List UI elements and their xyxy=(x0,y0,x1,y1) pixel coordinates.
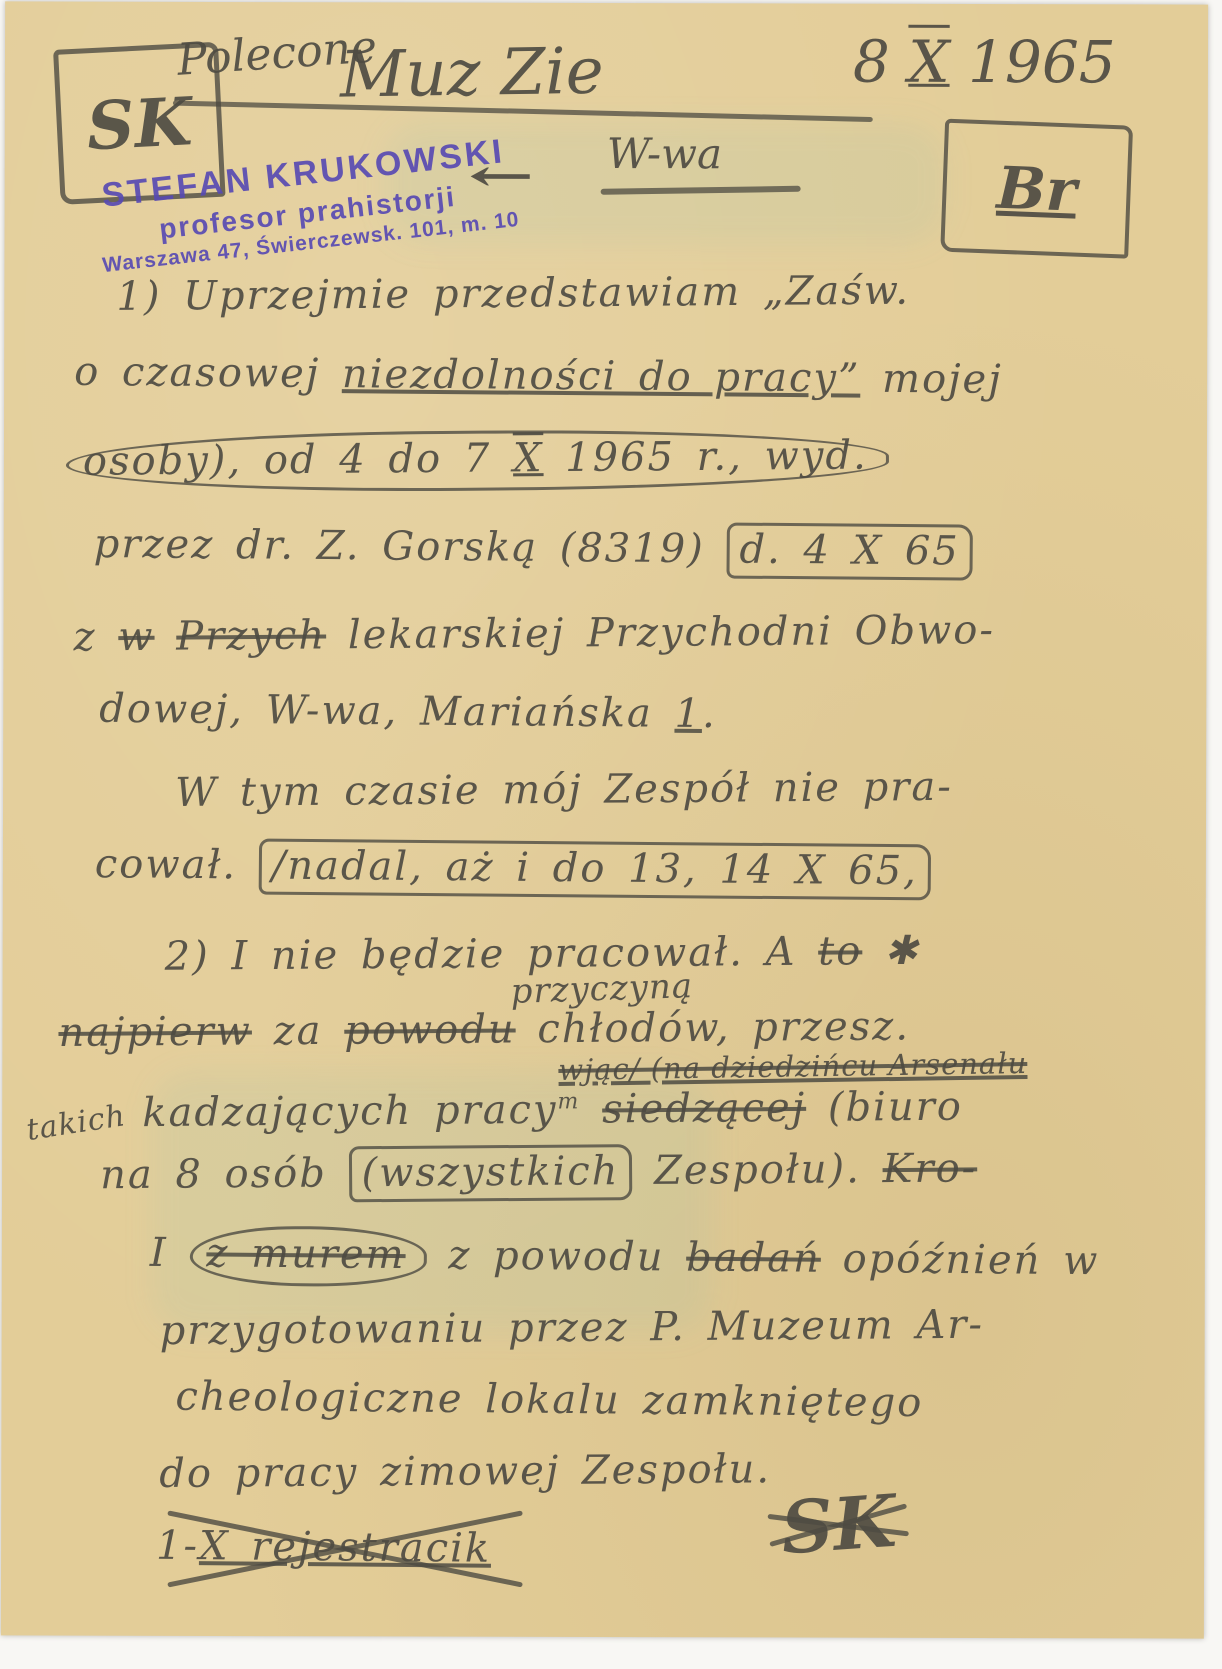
date-day: 8 xyxy=(853,28,909,96)
interline-insertion: wjąc/ (na dziedzińcu Arsenału xyxy=(558,1046,1027,1087)
city-abbreviation: W-wa xyxy=(607,129,722,178)
date-month-roman: X xyxy=(908,28,949,96)
handwritten-line: 1-X rejestracik xyxy=(156,1523,491,1572)
handwritten-line: na 8 osób (wszystkich Zespołu). Kro- xyxy=(100,1145,977,1198)
line-text: powodu xyxy=(344,1006,516,1053)
line-text: (wszystkich xyxy=(348,1144,632,1202)
date-year: 1965 xyxy=(950,28,1116,96)
line-text: chłodów, przesz. xyxy=(515,1003,910,1052)
handwritten-line: przygotowaniu przez P. Muzeum Ar- xyxy=(160,1302,985,1354)
margin-note: takich xyxy=(24,1098,128,1148)
line-text: o czasowej xyxy=(74,349,342,397)
initials-sk-text: SK xyxy=(85,82,194,165)
line-text: X rejestracik xyxy=(199,1523,491,1572)
line-text: Kro- xyxy=(882,1145,977,1192)
line-text: z murem xyxy=(189,1225,427,1287)
line-text: m xyxy=(557,1089,580,1114)
line-text: 2) I nie będzie pracował. A xyxy=(164,929,818,980)
handwritten-line: dowej, W-wa, Mariańska 1. xyxy=(99,686,717,737)
line-text: do pracy zimowej Zespołu. xyxy=(159,1446,771,1497)
line-text: lekarskiej Przychodni Obwo- xyxy=(326,607,995,658)
initials-box-br: Br xyxy=(940,119,1133,259)
line-text: niezdolności do pracy” xyxy=(342,351,861,402)
date-handwritten: 8 X 1965 xyxy=(853,28,1116,97)
scanned-letter: SK Polecone Muz Zie 8 X 1965 Br ← W-wa S… xyxy=(0,0,1222,1669)
handwritten-line: osoby), od 4 do 7 X 1965 r., wyd. xyxy=(66,427,889,493)
line-text: za xyxy=(252,1008,345,1055)
line-text: w xyxy=(118,614,155,660)
line-text xyxy=(580,1086,602,1132)
line-text: cował. xyxy=(95,841,259,888)
addressee-abbreviation: Muz Zie xyxy=(339,35,604,113)
line-text: na 8 osób xyxy=(100,1150,349,1198)
line-text: Przych xyxy=(176,612,326,659)
signature-monogram: SK xyxy=(778,1478,898,1571)
line-text: badań xyxy=(686,1235,821,1282)
line-text: mojej xyxy=(860,356,1003,403)
line-text: (biuro xyxy=(806,1084,963,1131)
line-text xyxy=(154,614,176,660)
line-text: to xyxy=(818,928,863,974)
handwritten-line: przez dr. Z. Gorską (8319) d. 4 X 65 xyxy=(94,521,973,575)
line-text: kadzających pracy xyxy=(142,1087,558,1136)
line-text: . xyxy=(702,691,717,737)
handwritten-line: kadzających pracym siedzącej (biuro xyxy=(142,1084,963,1136)
handwritten-line: I z murem z powodu badań opóźnień w xyxy=(150,1225,1100,1293)
line-text: 1965 r., wyd. xyxy=(543,433,868,482)
line-text: Zespołu). xyxy=(632,1146,883,1194)
line-text: 1) Uprzejmie przedstawiam „Zaśw. xyxy=(116,268,910,320)
line-text: najpierw xyxy=(58,1009,252,1057)
handwritten-line: cheologiczne lokalu zamkniętego xyxy=(175,1374,923,1427)
line-text: 1- xyxy=(156,1523,199,1569)
line-text: ✱ xyxy=(862,928,920,974)
handwritten-line: z w Przych lekarskiej Przychodni Obwo- xyxy=(73,607,995,660)
line-text: 1 xyxy=(674,691,702,737)
line-text: W tym czasie mój Zespół nie pra- xyxy=(175,764,953,816)
line-text: I xyxy=(150,1230,190,1276)
line-text: z xyxy=(73,614,118,660)
paper-sheet: SK Polecone Muz Zie 8 X 1965 Br ← W-wa S… xyxy=(1,1,1208,1638)
initials-br-text: Br xyxy=(996,153,1078,224)
handwritten-line: W tym czasie mój Zespół nie pra- xyxy=(175,764,953,816)
line-text: X xyxy=(513,435,544,481)
handwritten-line: o czasowej niezdolności do pracy” mojej xyxy=(74,349,1003,403)
handwritten-line: najpierw za powodu chłodów, przesz. xyxy=(58,1003,910,1056)
handwritten-line: cował. /nadal, aż i do 13, 14 X 65, xyxy=(95,841,931,894)
line-text: opóźnień w xyxy=(821,1236,1100,1284)
line-text: z powodu xyxy=(426,1232,686,1280)
line-text: przygotowaniu przez P. Muzeum Ar- xyxy=(160,1302,985,1354)
handwritten-line: do pracy zimowej Zespołu. xyxy=(159,1446,771,1497)
line-text: /nadal, aż i do 13, 14 X 65, xyxy=(259,839,932,901)
line-text: przez dr. Z. Gorską (8319) xyxy=(94,521,727,573)
line-text: siedzącej xyxy=(602,1085,806,1133)
line-text: cheologiczne lokalu zamkniętego xyxy=(175,1374,923,1427)
line-text: osoby), od 4 do 7 xyxy=(83,435,513,484)
line-text: d. 4 X 65 xyxy=(726,522,973,580)
handwritten-line: 1) Uprzejmie przedstawiam „Zaśw. xyxy=(116,268,910,320)
line-text: dowej, W-wa, Mariańska xyxy=(99,686,675,737)
